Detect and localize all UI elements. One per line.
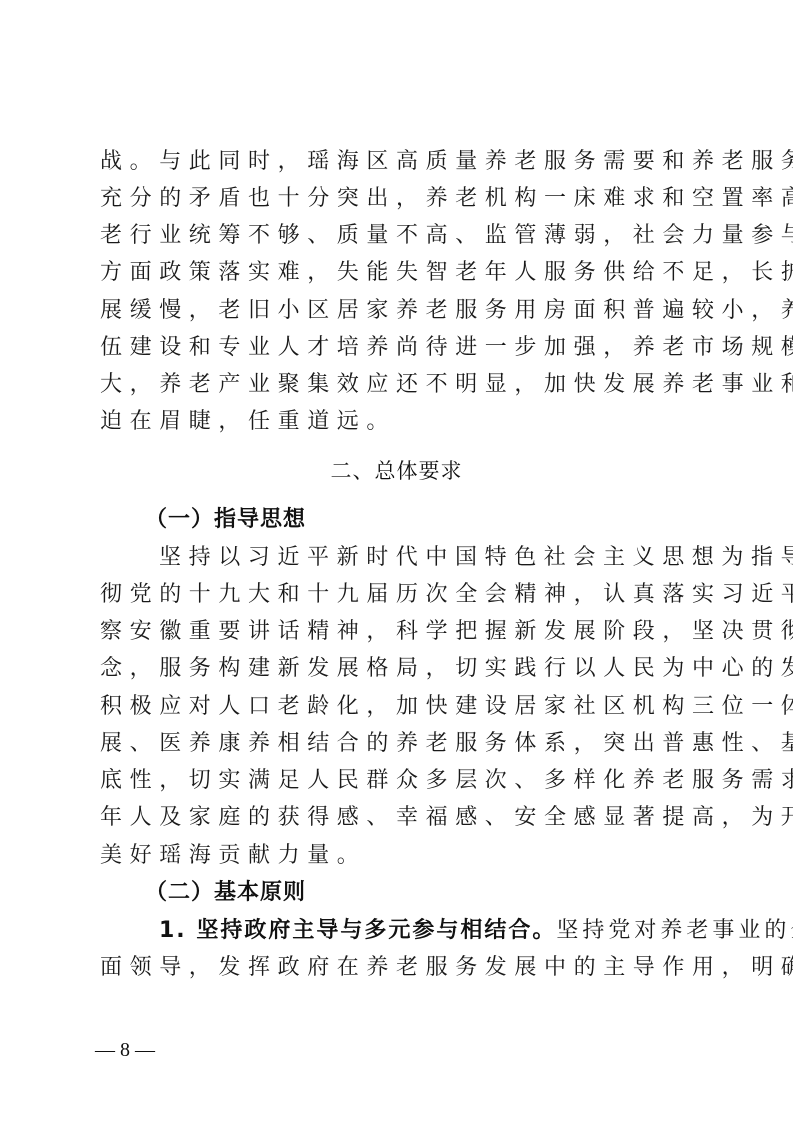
subsection-heading-guiding-ideology: （一）指导思想 xyxy=(145,505,306,535)
document-page: 战。与此同时，瑶海区高质量养老服务需要和养老服务不平衡不 充分的矛盾也十分突出，… xyxy=(0,0,793,1122)
principle-text: 坚持党对养老事业的全 xyxy=(556,918,793,943)
paragraph-line: 年人及家庭的获得感、幸福感、安全感显著提高，为开启新阶段 xyxy=(100,803,694,833)
paragraph-line: 念，服务构建新发展格局，切实践行以人民为中心的发展思想， xyxy=(100,654,694,684)
paragraph-line: 美好瑶海贡献力量。 xyxy=(100,841,694,871)
paragraph-line: 积极应对人口老龄化，加快建设居家社区机构三位一体协调发 xyxy=(100,692,694,722)
paragraph-line: 展、医养康养相结合的养老服务体系，突出普惠性、基础性、兜 xyxy=(100,729,694,759)
section-heading: 二、总体要求 xyxy=(0,456,793,486)
paragraph-line: 坚持以习近平新时代中国特色社会主义思想为指导，全面贯 xyxy=(159,543,694,573)
paragraph-line: 老行业统筹不够、质量不高、监管薄弱，社会力量参与养老服务 xyxy=(100,221,694,251)
paragraph-line: 战。与此同时，瑶海区高质量养老服务需要和养老服务不平衡不 xyxy=(100,147,694,177)
subsection-heading-basic-principles: （二）基本原则 xyxy=(145,878,306,908)
paragraph-line: 彻党的十九大和十九届历次全会精神，认真落实习近平总书记考 xyxy=(100,580,694,610)
paragraph-line: 大，养老产业聚集效应还不明显，加快发展养老事业和养老产业 xyxy=(100,370,694,400)
paragraph-line: 展缓慢，老旧小区居家养老服务用房面积普遍较小，养老服务队 xyxy=(100,296,694,326)
principle-title: 1. 坚持政府主导与多元参与相结合。 xyxy=(159,918,556,943)
paragraph-line: 底性，切实满足人民群众多层次、多样化养老服务需求，促进老 xyxy=(100,766,694,796)
paragraph-line: 迫在眉睫，任重道远。 xyxy=(100,407,694,437)
paragraph-line: 伍建设和专业人才培养尚待进一步加强，养老市场规模仍然不 xyxy=(100,333,694,363)
paragraph-line: 方面政策落实难，失能失智老年人服务供给不足，长护险探索进 xyxy=(100,258,694,288)
paragraph-line: 察安徽重要讲话精神，科学把握新发展阶段，坚决贯彻新发展理 xyxy=(100,617,694,647)
paragraph-line: 充分的矛盾也十分突出，养老机构一床难求和空置率高并存，养 xyxy=(100,184,694,214)
page-number: — 8 — xyxy=(95,1038,155,1062)
principle-line: 1. 坚持政府主导与多元参与相结合。坚持党对养老事业的全 xyxy=(159,916,694,946)
paragraph-line: 面领导，发挥政府在养老服务发展中的主导作用，明确政府对特 xyxy=(100,953,694,983)
